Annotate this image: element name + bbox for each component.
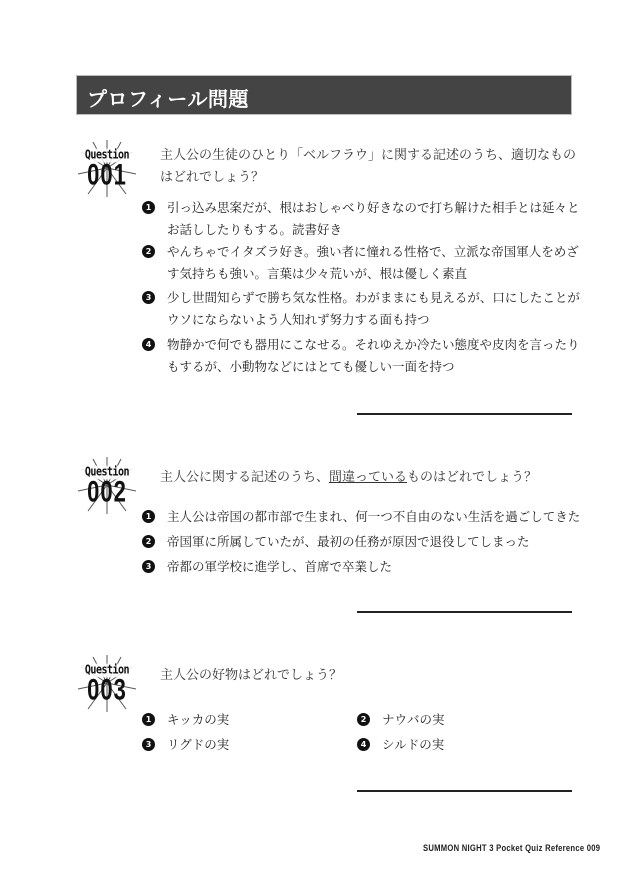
question-text-002: 主人公に関する記述のうち、間違っているものはどれでしょう？ bbox=[160, 467, 580, 489]
question-badge-001: Question 001 bbox=[76, 138, 138, 198]
option-number-badge: 4 bbox=[357, 738, 370, 751]
question-text-003: 主人公の好物はどれでしょう？ bbox=[160, 665, 580, 687]
question-text-001: 主人公の生徒のひとり「ベルフラウ」に関する記述のうち、適切なものはどれでしょう？ bbox=[160, 145, 580, 189]
option-number-badge: 3 bbox=[142, 291, 155, 304]
answer-line-003 bbox=[357, 790, 572, 792]
option-4[interactable]: 4 物静かで何でも器用にこなせる。それゆえか冷たい態度や皮肉を言ったりもするが、… bbox=[142, 334, 582, 378]
option-2[interactable]: 2 帝国軍に所属していたが、最初の任務が原因で退役してしまった bbox=[142, 531, 582, 553]
answer-line-002 bbox=[357, 611, 572, 613]
option-2[interactable]: 2 やんちゃでイタズラ好き。強い者に憧れる性格で、立派な帝国軍人をめざす気持ちも… bbox=[142, 241, 582, 285]
answer-line-001 bbox=[357, 413, 572, 415]
option-number-badge: 2 bbox=[142, 245, 155, 258]
option-number-badge: 3 bbox=[142, 738, 155, 751]
option-text: 物静かで何でも器用にこなせる。それゆえか冷たい態度や皮肉を言ったりもするが、小動… bbox=[167, 334, 582, 378]
option-text: 帝都の軍学校に進学し、首席で卒業した bbox=[167, 556, 582, 578]
section-header: プロフィール問題 bbox=[76, 75, 572, 115]
option-text: 少し世間知らずで勝ち気な性格。わがままにも見えるが、口にしたことがウソにならない… bbox=[167, 287, 582, 331]
option-text: シルドの実 bbox=[382, 734, 557, 756]
option-number-badge: 2 bbox=[357, 713, 370, 726]
option-4[interactable]: 4 シルドの実 bbox=[357, 734, 557, 756]
option-text: 引っ込み思案だが、根はおしゃべり好きなので打ち解けた相手とは延々とお話ししたりも… bbox=[167, 197, 582, 241]
question-number: 003 bbox=[82, 675, 132, 705]
option-text: キッカの実 bbox=[167, 709, 342, 731]
option-text: ナウバの実 bbox=[382, 709, 557, 731]
question-badge-003: Question 003 bbox=[76, 653, 138, 713]
option-number-badge: 1 bbox=[142, 201, 155, 214]
section-title: プロフィール問題 bbox=[87, 83, 249, 112]
option-3[interactable]: 3 リグドの実 bbox=[142, 734, 342, 756]
option-3[interactable]: 3 帝都の軍学校に進学し、首席で卒業した bbox=[142, 556, 582, 578]
option-text: 主人公は帝国の都市部で生まれ、何一つ不自由のない生活を過ごしてきた bbox=[167, 506, 582, 528]
question-text-before: 主人公に関する記述のうち、 bbox=[160, 470, 329, 485]
question-text-emphasis: 間違っている bbox=[329, 470, 407, 485]
option-text: 帝国軍に所属していたが、最初の任務が原因で退役してしまった bbox=[167, 531, 582, 553]
option-1[interactable]: 1 引っ込み思案だが、根はおしゃべり好きなので打ち解けた相手とは延々とお話しした… bbox=[142, 197, 582, 241]
option-number-badge: 1 bbox=[142, 713, 155, 726]
option-number-badge: 4 bbox=[142, 338, 155, 351]
option-text: リグドの実 bbox=[167, 734, 342, 756]
option-2[interactable]: 2 ナウバの実 bbox=[357, 709, 557, 731]
question-text-after: ものはどれでしょう？ bbox=[407, 470, 537, 485]
option-number-badge: 1 bbox=[142, 510, 155, 523]
option-1[interactable]: 1 キッカの実 bbox=[142, 709, 342, 731]
question-badge-002: Question 002 bbox=[76, 455, 138, 515]
option-1[interactable]: 1 主人公は帝国の都市部で生まれ、何一つ不自由のない生活を過ごしてきた bbox=[142, 506, 582, 528]
question-number: 001 bbox=[82, 160, 132, 190]
option-number-badge: 2 bbox=[142, 535, 155, 548]
question-number: 002 bbox=[82, 477, 132, 507]
option-3[interactable]: 3 少し世間知らずで勝ち気な性格。わがままにも見えるが、口にしたことがウソになら… bbox=[142, 287, 582, 331]
option-number-badge: 3 bbox=[142, 560, 155, 573]
option-text: やんちゃでイタズラ好き。強い者に憧れる性格で、立派な帝国軍人をめざす気持ちも強い… bbox=[167, 241, 582, 285]
page-footer: SUMMON NIGHT 3 Pocket Quiz Reference 009 bbox=[423, 843, 600, 853]
